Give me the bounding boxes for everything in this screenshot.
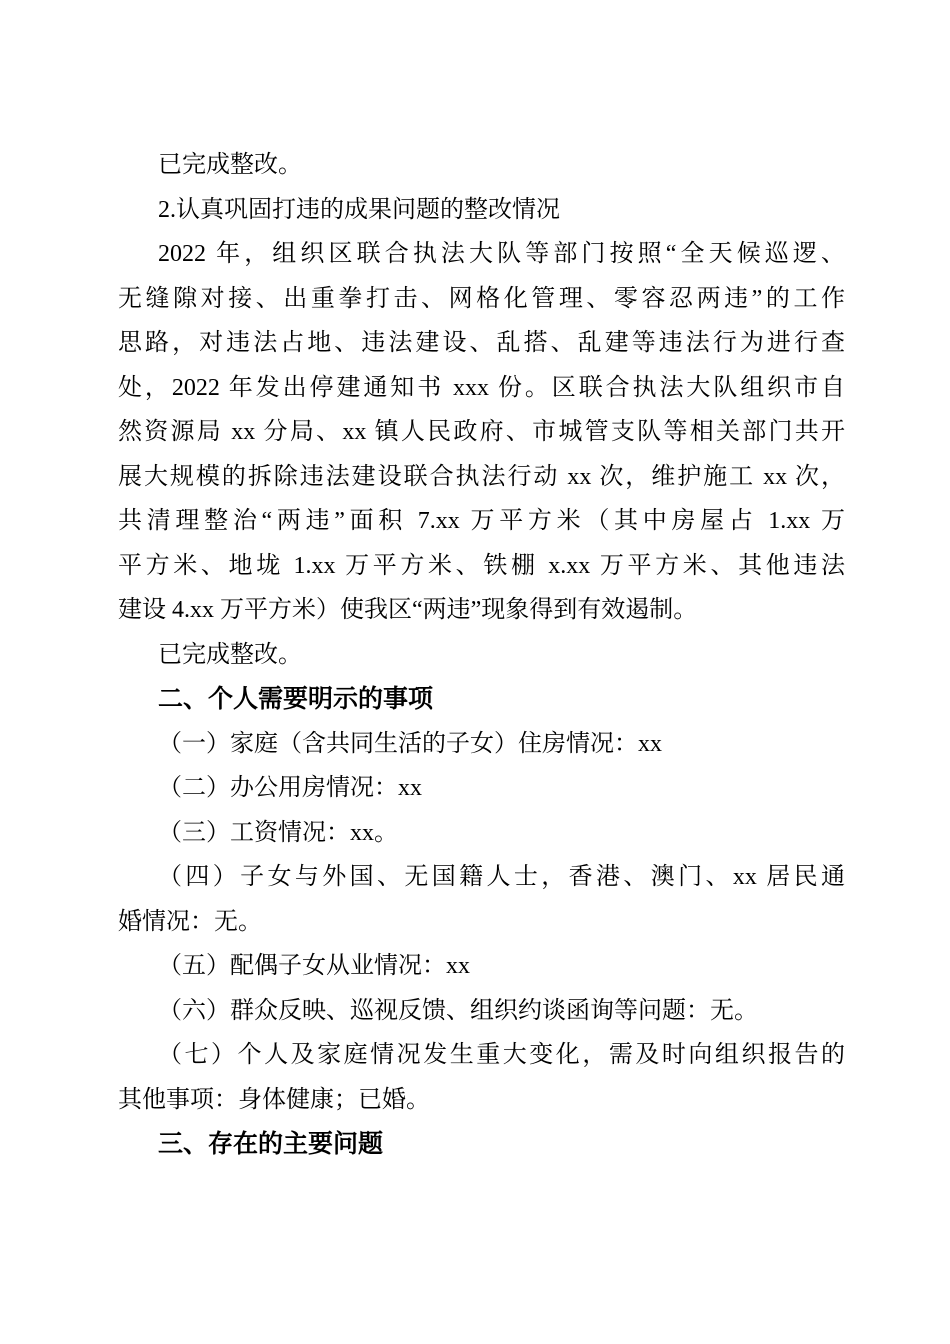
list-item-5: （五）配偶子女从业情况：xx xyxy=(118,944,845,989)
list-item-6: （六）群众反映、巡视反馈、组织约谈函询等问题：无。 xyxy=(118,989,845,1034)
text-line: 展大规模的拆除违法建设联合执法行动 xx 次，维护施工 xx 次， xyxy=(118,455,845,500)
document-text-block: 已完成整改。 2.认真巩固打违的成果问题的整改情况 2022 年，组织区联合执法… xyxy=(118,143,845,1167)
list-item-1: （一）家庭（含共同生活的子女）住房情况：xx xyxy=(118,722,845,767)
list-item-4: （四）子女与外国、无国籍人士，香港、澳门、xx 居民通 xyxy=(118,855,845,900)
text-line: 建设 4.xx 万平方米）使我区“两违”现象得到有效遏制。 xyxy=(118,588,845,633)
text-line: 然资源局 xx 分局、xx 镇人民政府、市城管支队等相关部门共开 xyxy=(118,410,845,455)
text-line: 平方米、地垅 1.xx 万平方米、铁棚 x.xx 万平方米、其他违法 xyxy=(118,544,845,589)
text-line: 无缝隙对接、出重拳打击、网格化管理、零容忍两违”的工作 xyxy=(118,277,845,322)
list-item-4-continued: 婚情况：无。 xyxy=(118,900,845,945)
text-line: 2.认真巩固打违的成果问题的整改情况 xyxy=(118,188,845,233)
text-line: 已完成整改。 xyxy=(118,143,845,188)
list-item-7-continued: 其他事项：身体健康；已婚。 xyxy=(118,1078,845,1123)
text-line: 处，2022 年发出停建通知书 xxx 份。区联合执法大队组织市自 xyxy=(118,366,845,411)
list-item-7: （七）个人及家庭情况发生重大变化，需及时向组织报告的 xyxy=(118,1033,845,1078)
list-item-3: （三）工资情况：xx。 xyxy=(118,811,845,856)
text-line: 2022 年，组织区联合执法大队等部门按照“全天候巡逻、 xyxy=(118,232,845,277)
text-line: 思路，对违法占地、违法建设、乱搭、乱建等违法行为进行查 xyxy=(118,321,845,366)
list-item-2: （二）办公用房情况：xx xyxy=(118,766,845,811)
document-page: 已完成整改。 2.认真巩固打违的成果问题的整改情况 2022 年，组织区联合执法… xyxy=(0,0,950,1344)
section-heading-3: 三、存在的主要问题 xyxy=(118,1122,845,1167)
text-line: 共清理整治“两违”面积 7.xx 万平方米（其中房屋占 1.xx 万 xyxy=(118,499,845,544)
section-heading-2: 二、个人需要明示的事项 xyxy=(118,677,845,722)
text-line: 已完成整改。 xyxy=(118,633,845,678)
